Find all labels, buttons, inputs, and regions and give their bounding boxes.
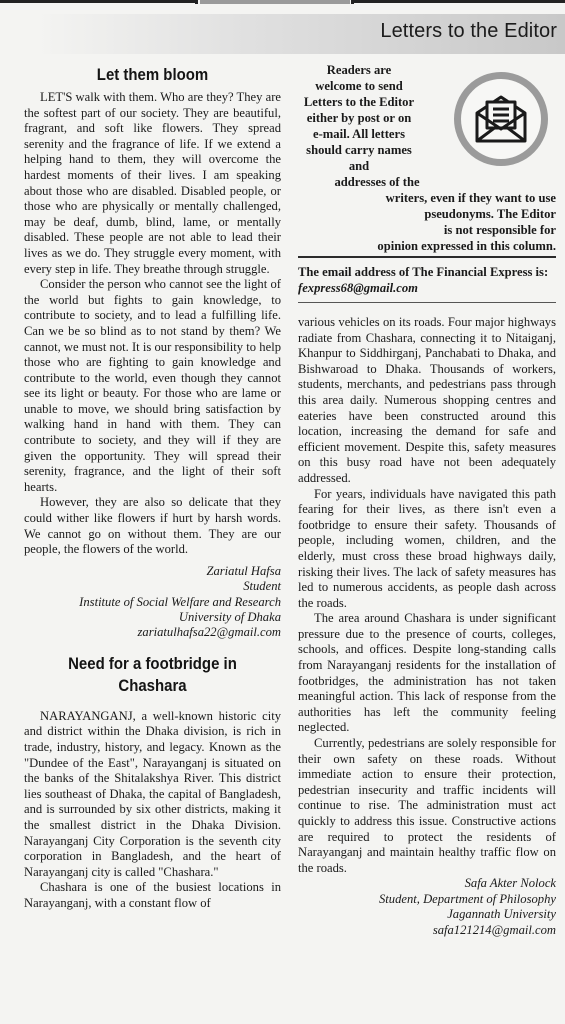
author-university: University of Dhaka: [24, 610, 281, 625]
letter-continuation: various vehicles on its roads. Four majo…: [298, 315, 556, 938]
author-name: Safa Akter Nolock: [298, 876, 556, 891]
author-email[interactable]: safa121214@gmail.com: [298, 923, 556, 938]
letter-signature: Zariatul Hafsa Student Institute of Soci…: [24, 564, 281, 641]
top-rule-middle: [200, 0, 350, 4]
top-rule-marker: [195, 0, 198, 4]
left-column: Let them bloom LET'S walk with them. Who…: [24, 62, 281, 912]
letter-paragraph: various vehicles on its roads. Four majo…: [298, 315, 556, 487]
letter-signature: Safa Akter Nolock Student, Department of…: [298, 876, 556, 938]
author-email[interactable]: zariatulhafsa22@gmail.com: [24, 625, 281, 640]
letter-paragraph: The area around Chashara is under sig­ni…: [298, 611, 556, 736]
letter-paragraph: NARAYANGANJ, a well-known his­toric city…: [24, 709, 281, 881]
letter-headline: Let them bloom: [39, 64, 265, 86]
letter-paragraph: For years, individuals have navigated th…: [298, 487, 556, 612]
letter-paragraph: Chashara is one of the busiest locations…: [24, 880, 281, 911]
editor-notice: Readers are welcome to send Letters to t…: [298, 62, 556, 248]
notice-line: opinion expressed in this column.: [298, 238, 556, 254]
letter-paragraph: Consider the person who cannot see the l…: [24, 277, 281, 495]
letter-headline: Need for a footbridge in Chashara: [39, 653, 265, 697]
author-role: Student, Department of Philosophy: [298, 892, 556, 907]
editor-email-box: The email address of The Financial Expre…: [298, 256, 556, 303]
notice-line: is not responsible for: [298, 222, 556, 238]
top-rule-left: [0, 0, 196, 3]
envelope-letter-icon: [454, 72, 548, 166]
section-header: Letters to the Editor: [36, 14, 565, 54]
author-university: Jagannath University: [298, 907, 556, 922]
letter-paragraph: However, they are also so delicate that …: [24, 495, 281, 557]
author-institute: Institute of Social Welfare and Research: [24, 595, 281, 610]
author-role: Student: [24, 579, 281, 594]
email-label: The email address of The Financial Expre…: [298, 265, 548, 279]
letter-footbridge-chashara: Need for a footbridge in Chashara NARAYA…: [24, 653, 281, 912]
letter-let-them-bloom: Let them bloom LET'S walk with them. Who…: [24, 64, 281, 641]
letter-paragraph: LET'S walk with them. Who are they? They…: [24, 90, 281, 277]
top-rule: [0, 0, 565, 6]
editor-email-address[interactable]: fexpress68@gmail.com: [298, 281, 418, 295]
notice-line: pseudonyms. The Editor: [298, 206, 556, 222]
letter-paragraph: Currently, pedestrians are solely respon…: [298, 736, 556, 876]
author-name: Zariatul Hafsa: [24, 564, 281, 579]
top-rule-right: [354, 0, 565, 3]
notice-line: writers, even if they want to use: [298, 190, 556, 206]
notice-line: addresses of the: [298, 174, 556, 190]
section-title: Letters to the Editor: [380, 20, 557, 43]
right-column: Readers are welcome to send Letters to t…: [298, 62, 556, 938]
